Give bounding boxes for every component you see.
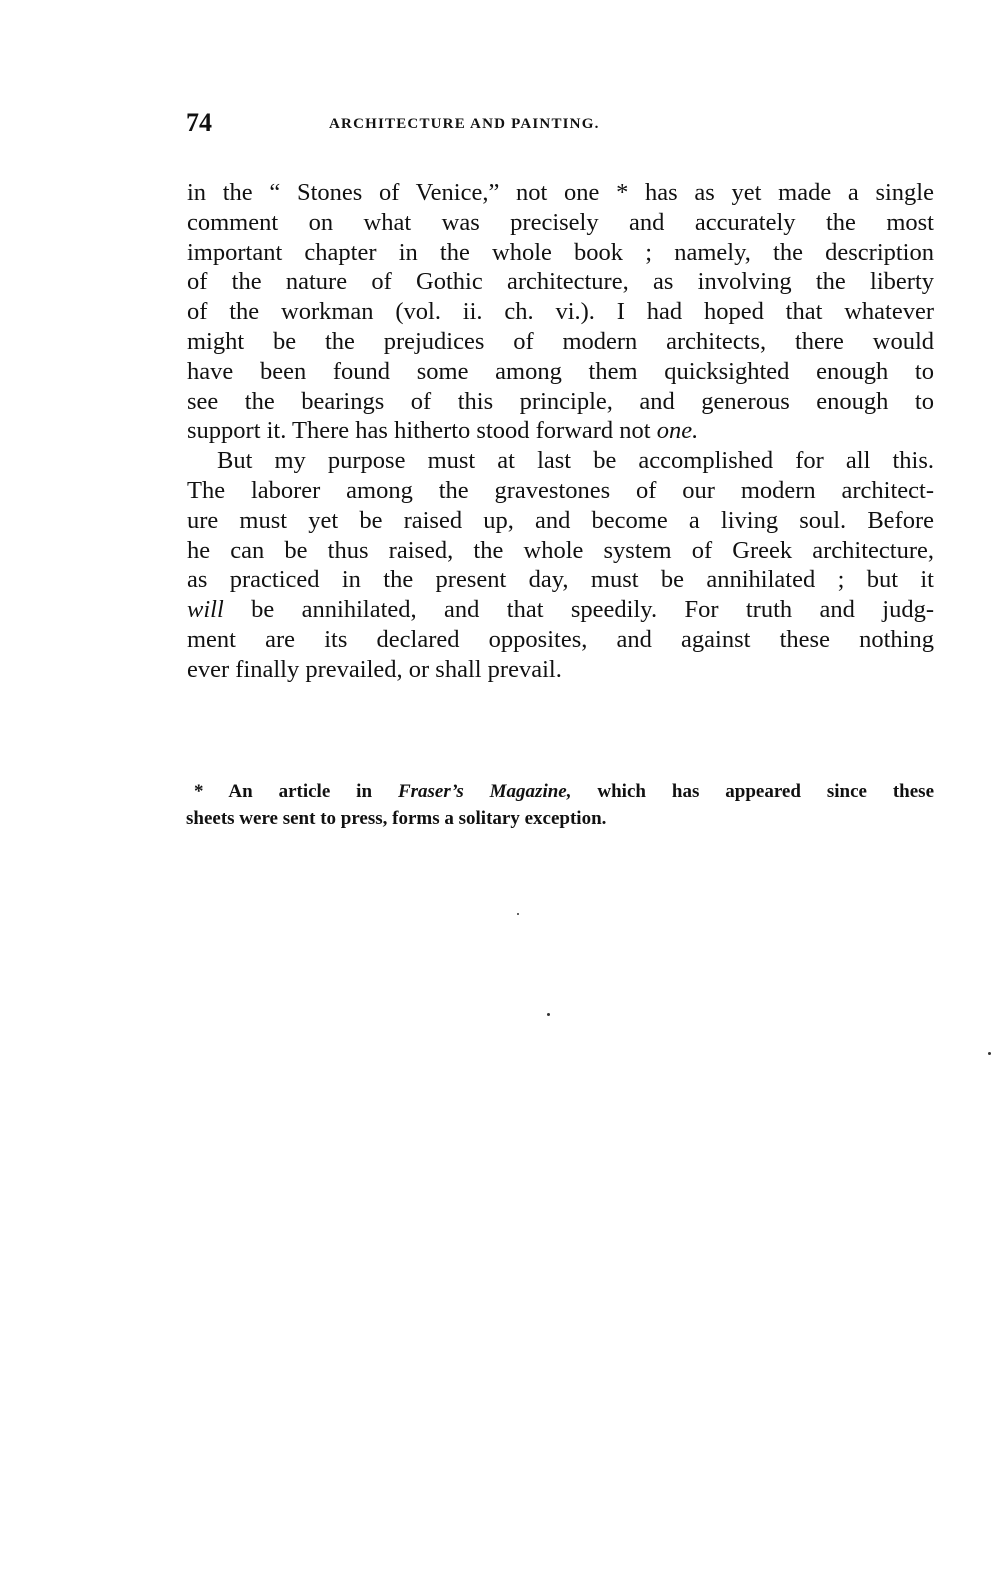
page-number: 74 bbox=[186, 108, 212, 138]
italic-emphasis: one. bbox=[657, 417, 699, 444]
text-line: ever finally prevailed, or shall prevail… bbox=[187, 655, 934, 685]
text-line: ure must yet be raised up, and become a … bbox=[187, 506, 934, 536]
footnote: * An article in Fraser’s Magazine, which… bbox=[186, 778, 934, 832]
scan-speck bbox=[988, 1052, 991, 1055]
text-run: be annihilated, and that speedily. For t… bbox=[224, 596, 934, 623]
text-line: might be the prejudices of modern archit… bbox=[187, 327, 934, 357]
scan-speck bbox=[547, 1013, 550, 1016]
text-run: * An article in bbox=[194, 781, 398, 802]
text-line: of the workman (vol. ii. ch. vi.). I had… bbox=[187, 297, 934, 327]
text-line: The laborer among the gravestones of our… bbox=[187, 476, 934, 506]
italic-emphasis: will bbox=[187, 596, 224, 623]
text-line: have been found some among them quicksig… bbox=[187, 357, 934, 387]
page-header: 74 ARCHITECTURE AND PAINTING. bbox=[186, 108, 936, 138]
body-text: in the “ Stones of Venice,” not one * ha… bbox=[187, 178, 934, 685]
paragraph-start-line: But my purpose must at last be accomplis… bbox=[187, 446, 934, 476]
text-line: support it. There has hitherto stood for… bbox=[187, 416, 934, 446]
text-line: will be annihilated, and that speedily. … bbox=[187, 595, 934, 625]
text-line: he can be thus raised, the whole system … bbox=[187, 536, 934, 566]
footnote-line: * An article in Fraser’s Magazine, which… bbox=[186, 778, 934, 805]
text-line: of the nature of Gothic architecture, as… bbox=[187, 267, 934, 297]
scan-speck bbox=[517, 913, 519, 915]
text-line: see the bearings of this principle, and … bbox=[187, 387, 934, 417]
text-run: which has appeared since these bbox=[571, 781, 934, 802]
text-line: comment on what was precisely and accura… bbox=[187, 208, 934, 238]
footnote-line: sheets were sent to press, forms a solit… bbox=[186, 805, 934, 832]
running-title: ARCHITECTURE AND PAINTING. bbox=[329, 116, 600, 133]
text-run: support it. There has hitherto stood for… bbox=[187, 417, 657, 444]
text-line: in the “ Stones of Venice,” not one * ha… bbox=[187, 178, 934, 208]
text-line: as practiced in the present day, must be… bbox=[187, 565, 934, 595]
text-line: ment are its declared opposites, and aga… bbox=[187, 625, 934, 655]
italic-title: Fraser’s Magazine, bbox=[398, 781, 572, 802]
text-line: important chapter in the whole book ; na… bbox=[187, 238, 934, 268]
